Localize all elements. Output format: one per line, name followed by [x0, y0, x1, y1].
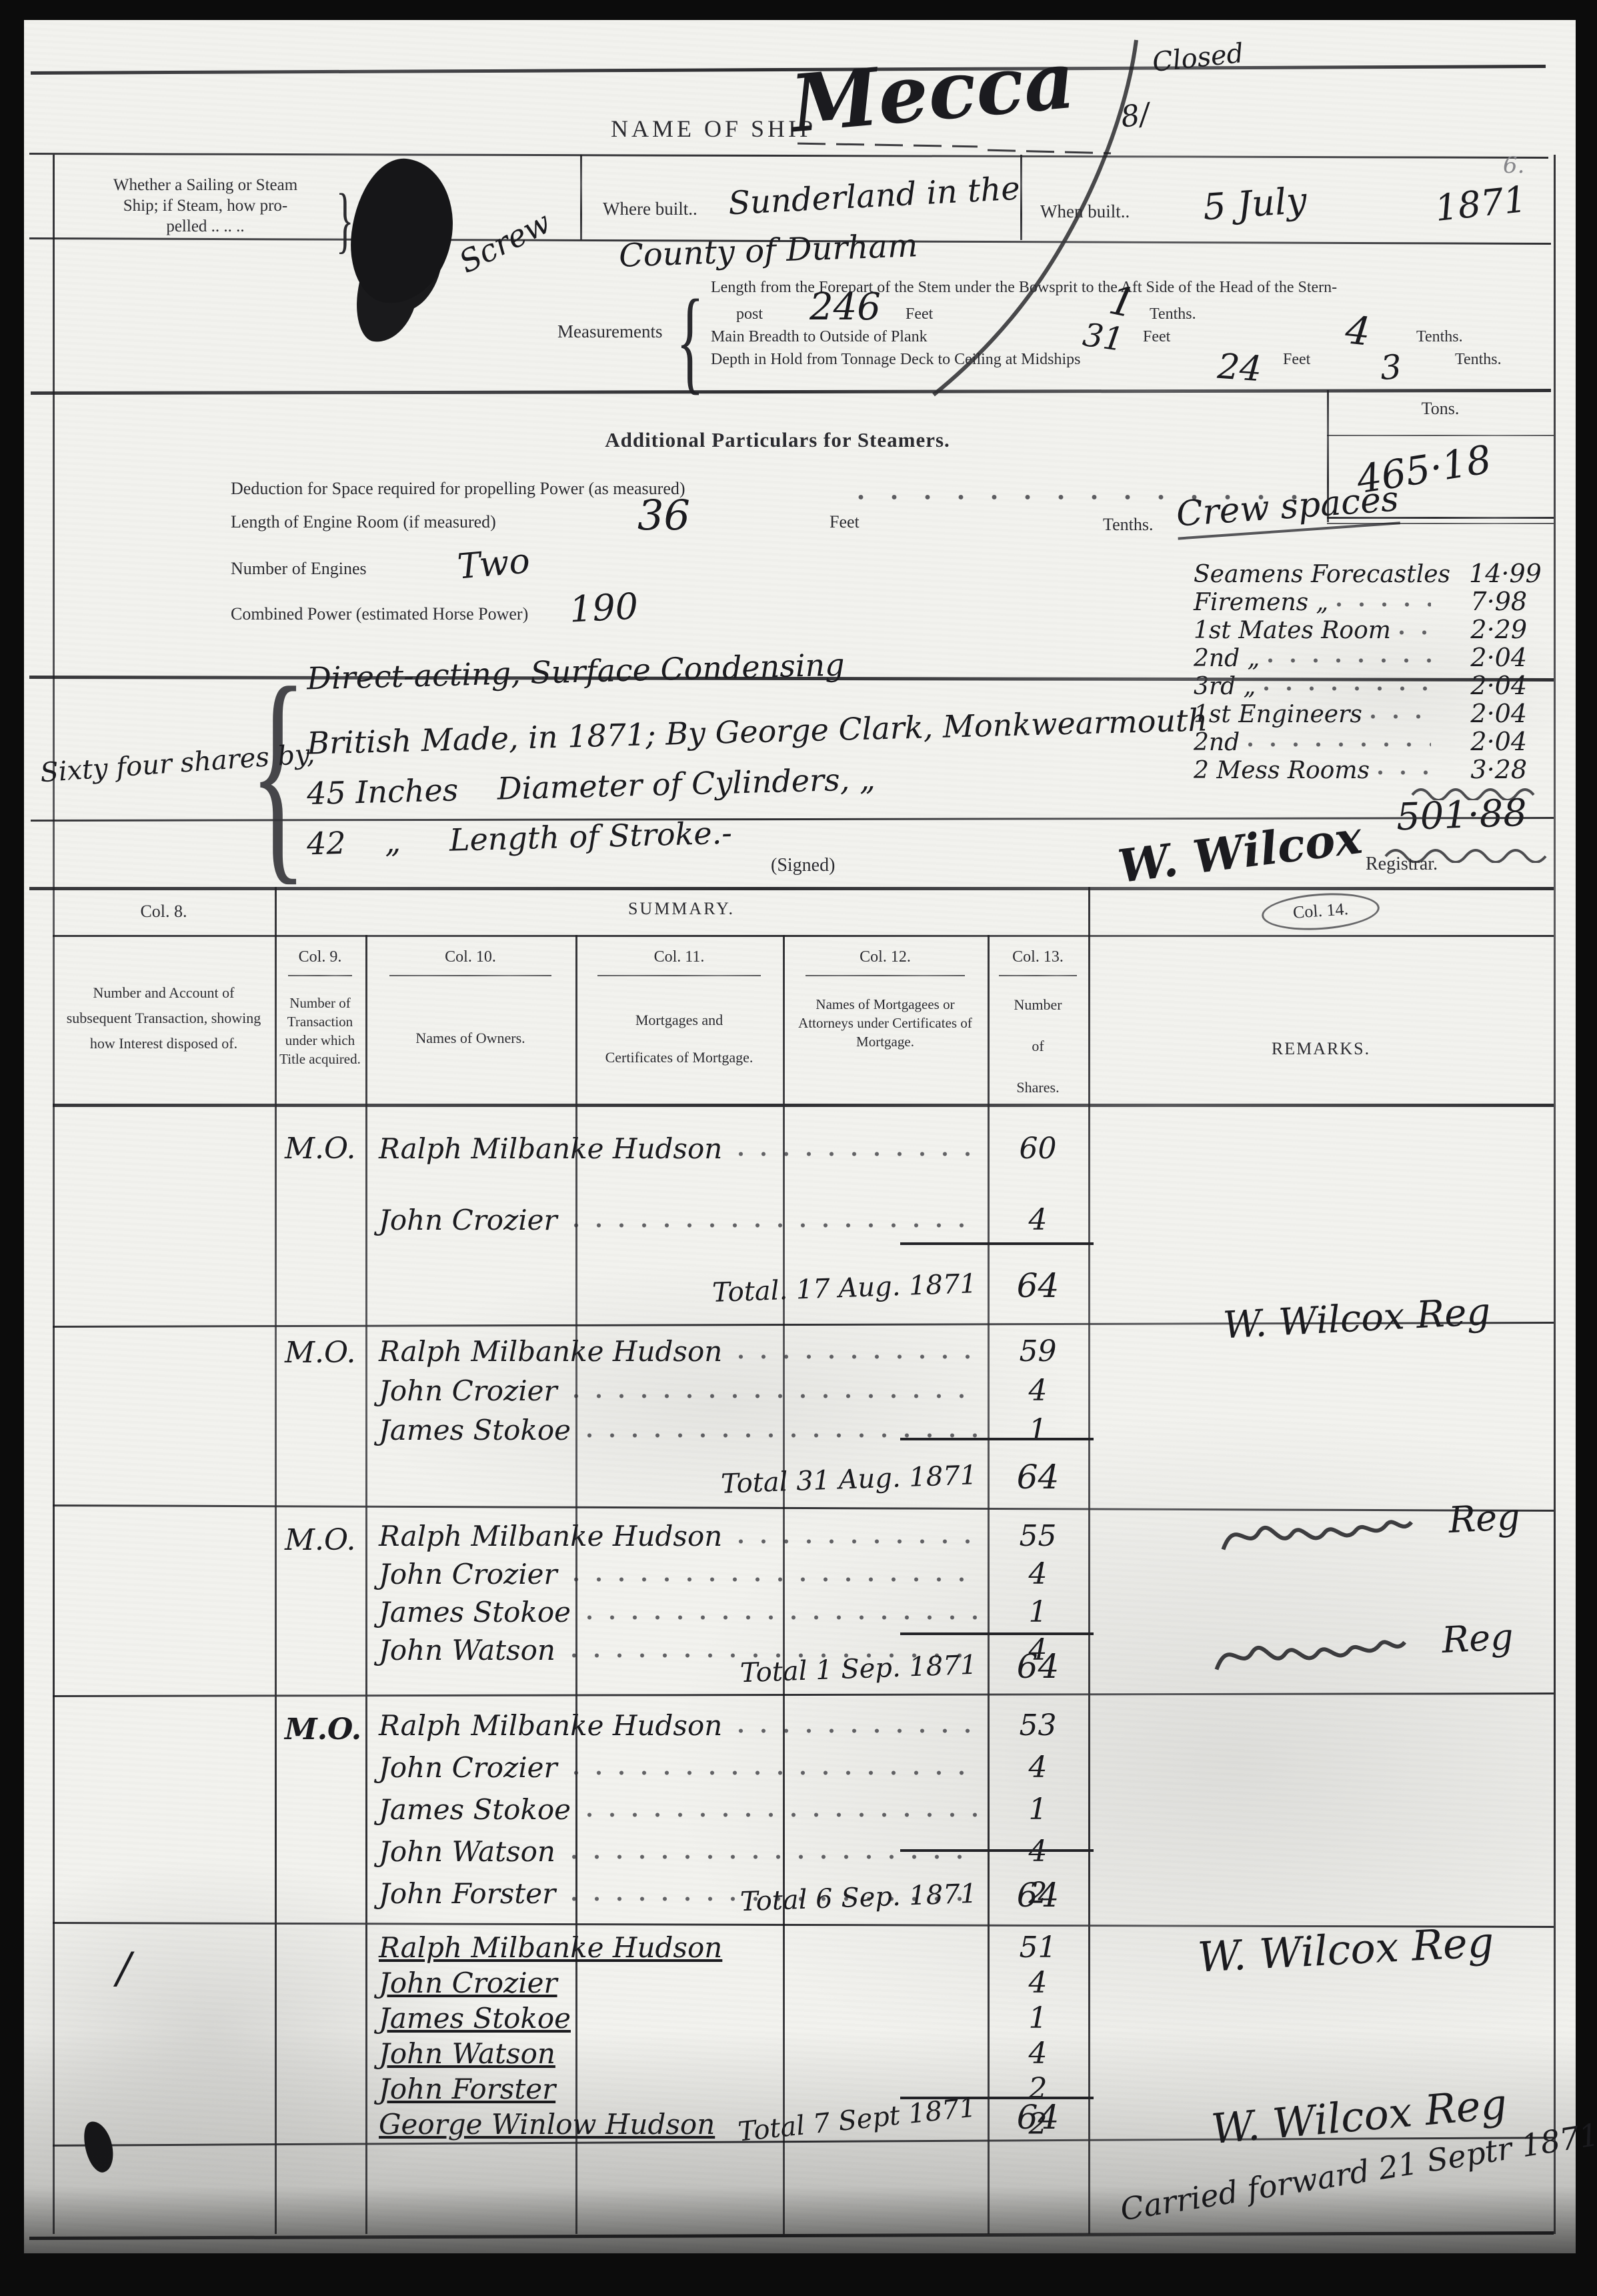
total-line: Total 7 Sept 1871 64	[737, 2098, 1088, 2137]
col11-description: Mortgages and Certificates of Mortgage.	[582, 1002, 776, 1076]
propelled-label-line1: Whether a Sailing or Steam	[113, 176, 297, 194]
depth-label: Depth in Hold from Tonnage Deck to Ceili…	[711, 351, 1080, 369]
crew-space-label: 1st Engineers	[1194, 701, 1362, 728]
tenths-label: Tenths.	[1416, 328, 1463, 346]
engine-note: British Made, in 1871; By George Clark, …	[307, 702, 1208, 761]
owner-line: James Stokoe1	[379, 1595, 1088, 1629]
crew-space-item: 2nd2·04	[1194, 727, 1527, 756]
total-line: Total. 17 Aug. 1871 64	[712, 1266, 1088, 1305]
transaction-row: M.O. Ralph Milbanke Hudson60 John Crozie…	[53, 1104, 1554, 1324]
signed-label: (Signed)	[771, 855, 835, 876]
owners-list: Ralph Milbanke Hudson55 John Crozier4 Ja…	[379, 1519, 1088, 1667]
divider-line	[29, 153, 1548, 159]
total-label: Total 1 Sep. 1871	[739, 1650, 978, 1688]
dotted-leader	[571, 2092, 977, 2097]
owner-line: James Stokoe1	[379, 1793, 1088, 1827]
total-label: Total 31 Aug. 1871	[720, 1460, 978, 1499]
total-shares: 64	[988, 1876, 1088, 1915]
total-line: Total 1 Sep. 1871 64	[740, 1647, 1088, 1686]
tenths-label: Tenths.	[1455, 351, 1502, 369]
owner-shares: 1	[988, 1413, 1088, 1447]
owner-shares: 4	[988, 1966, 1088, 2000]
dotted-leader	[738, 1539, 977, 1544]
dotted-leader	[571, 1855, 977, 1859]
summary-header-label: SUMMARY.	[275, 899, 1088, 919]
owner-shares: 4	[988, 1751, 1088, 1785]
shares-sum-rule	[900, 1242, 1094, 1245]
owner-line: John Crozier4	[379, 1751, 1088, 1785]
col8-description: Number and Account of subsequent Transac…	[66, 980, 261, 1056]
num-engines-value: Two	[456, 541, 531, 587]
owner-name: John Crozier	[379, 1558, 565, 1590]
crew-space-label: 2 Mess Rooms	[1194, 757, 1370, 784]
transaction-code: M.O.	[285, 1523, 356, 1557]
owner-name: James Stokoe	[379, 1596, 579, 1628]
owner-line: Ralph Milbanke Hudson51	[379, 1931, 1088, 1965]
breadth-label: Main Breadth to Outside of Plank	[711, 328, 928, 346]
registrar-label: Registrar.	[1366, 854, 1438, 875]
owner-name: Ralph Milbanke Hudson	[379, 1931, 730, 1964]
feet-label: Feet	[1283, 351, 1310, 369]
remark-signature-illegible: Reg	[1209, 1612, 1515, 1682]
measurements-label: Measurements	[557, 321, 662, 342]
owner-line: John Crozier4	[379, 1374, 1088, 1408]
col10-description: Names of Owners.	[372, 1028, 569, 1048]
shares-sum-rule	[900, 1632, 1094, 1635]
col9-header-label: Col. 9.	[275, 948, 365, 966]
shares-sum-rule	[900, 1849, 1094, 1852]
crew-space-value: 2·04	[1442, 699, 1527, 728]
owner-line: James Stokoe1	[379, 1413, 1088, 1447]
dotted-leader	[587, 1813, 977, 1817]
col13-header-label: Col. 13.	[988, 948, 1088, 966]
total-label: Total 6 Sep. 1871	[739, 1879, 978, 1917]
dotted-leader	[573, 1394, 977, 1398]
col10-header-label: Col. 10.	[365, 948, 575, 966]
where-built-label: Where built..	[603, 199, 697, 219]
total-shares: 64	[988, 1458, 1088, 1496]
crew-space-item: 1st Engineers2·04	[1194, 699, 1527, 728]
illegible-signature-scribble	[1209, 1617, 1432, 1682]
crew-space-item: 3rd „2·04	[1194, 671, 1527, 700]
crew-space-value: 2·04	[1442, 671, 1527, 700]
brace-glyph: {	[676, 273, 704, 407]
owner-line: John Crozier4	[379, 1966, 1088, 2000]
transaction-row: M.O. Ralph Milbanke Hudson53 John Crozie…	[53, 1694, 1554, 1924]
divider-line	[999, 975, 1077, 976]
feet-label: Feet	[906, 305, 933, 323]
dotted-leader	[587, 2021, 977, 2026]
owner-shares: 59	[988, 1334, 1088, 1368]
dotted-leader	[573, 1771, 977, 1775]
table-bottom-rule	[29, 2231, 1554, 2240]
owner-name: Ralph Milbanke Hudson	[379, 1709, 730, 1742]
owner-shares: 1	[988, 1595, 1088, 1629]
owner-line: James Stokoe1	[379, 2001, 1088, 2035]
crew-space-item: Seamens Forecastles14·99	[1194, 559, 1527, 588]
owner-shares: 51	[988, 1931, 1088, 1965]
owner-name: John Crozier	[379, 1204, 565, 1236]
owner-name: John Watson	[379, 1634, 563, 1666]
transaction-row: M.O. Ralph Milbanke Hudson59 John Crozie…	[53, 1324, 1554, 1507]
crew-space-item: 1st Mates Room2·29	[1194, 615, 1527, 644]
divider-line	[1020, 155, 1022, 240]
when-built-day-month: 5 July	[1202, 179, 1308, 229]
transaction-code: M.O.	[285, 1336, 356, 1370]
crew-space-label: 2nd „	[1194, 645, 1260, 672]
feet-label: Feet	[830, 512, 860, 532]
crew-space-item: Firemens „7·98	[1194, 587, 1527, 616]
dotted-leader	[738, 1152, 977, 1156]
owner-line: John Watson4	[379, 2037, 1088, 2071]
col12-description: Names of Mortgagees or Attorneys under C…	[789, 995, 981, 1051]
propelled-label: Whether a Sailing or Steam Ship; if Stea…	[72, 175, 339, 237]
crew-space-item: 2 Mess Rooms3·28	[1194, 755, 1527, 784]
crew-space-label: 1st Mates Room	[1194, 617, 1391, 644]
owner-name: John Forster	[379, 2073, 563, 2105]
divider-line	[31, 389, 1551, 395]
dotted-leader	[1264, 686, 1431, 691]
divider-line	[580, 155, 582, 240]
crew-space-value: 2·04	[1442, 643, 1527, 672]
corner-pencil-mark: 6.	[1503, 152, 1524, 179]
scanned-register-page: Closed 6. NAME OF SHIP Mecca 8/ Whether …	[0, 0, 1597, 2296]
owner-shares: 1	[988, 1793, 1088, 1827]
col11-header-label: Col. 11.	[575, 948, 783, 966]
dotted-leader	[573, 1577, 977, 1582]
col13-description-line1: Number	[1014, 996, 1062, 1013]
combined-power-value: 190	[568, 585, 639, 630]
total-shares: 64	[988, 1647, 1088, 1686]
crew-space-value: 2·04	[1442, 727, 1527, 756]
register-form-page: Closed 6. NAME OF SHIP Mecca 8/ Whether …	[24, 20, 1576, 2253]
num-engines-label: Number of Engines	[231, 559, 367, 579]
crew-space-total-value: 501·88	[1396, 792, 1528, 840]
dotted-leader	[573, 1986, 977, 1991]
owner-name: Ralph Milbanke Hudson	[379, 1132, 730, 1165]
feet-label: Feet	[1143, 328, 1170, 346]
dotted-leader	[738, 1354, 977, 1359]
owner-name: John Watson	[379, 2037, 563, 2070]
tenths-label: Tenths.	[1103, 515, 1153, 535]
propelled-label-line2: Ship; if Steam, how pro-	[123, 197, 288, 215]
engine-note: 42 „ Length of Stroke.-	[306, 815, 732, 862]
dotted-leader	[1336, 602, 1431, 607]
additional-particulars-title: Additional Particulars for Steamers.	[544, 428, 1011, 452]
col11-description-line1: Mortgages and	[635, 1012, 723, 1028]
crew-space-label: Seamens Forecastles	[1194, 561, 1450, 588]
divider-line	[597, 975, 761, 976]
owner-shares: 4	[988, 1203, 1088, 1237]
dotted-leader	[1248, 742, 1431, 747]
col11-description-line2: Certificates of Mortgage.	[605, 1049, 753, 1066]
divider-line	[1327, 435, 1554, 436]
col13-description: Number of Shares.	[991, 984, 1085, 1108]
owners-list: Ralph Milbanke Hudson60 John Crozier4	[379, 1132, 1088, 1237]
owner-name: John Crozier	[379, 1967, 565, 1999]
owner-shares: 4	[988, 2037, 1088, 2071]
owner-line: Ralph Milbanke Hudson59	[379, 1334, 1088, 1368]
owner-line: Ralph Milbanke Hudson60	[379, 1132, 1088, 1166]
owner-name: James Stokoe	[379, 1414, 579, 1446]
total-shares: 64	[988, 1266, 1088, 1305]
breadth-feet-value: 31	[1080, 316, 1126, 359]
owner-name: John Crozier	[379, 1751, 565, 1784]
owner-shares: 1	[988, 2001, 1088, 2035]
registrar-signature: W. Wilcox	[1115, 811, 1364, 894]
owner-name: John Crozier	[379, 1374, 565, 1407]
owners-list: Ralph Milbanke Hudson59 John Crozier4 Ja…	[379, 1334, 1088, 1447]
when-built-year: 1871	[1433, 178, 1528, 229]
transaction-code: M.O.	[285, 1712, 361, 1747]
owner-line: Ralph Milbanke Hudson55	[379, 1519, 1088, 1553]
owner-line: John Crozier4	[379, 1557, 1088, 1591]
combined-power-label: Combined Power (estimated Horse Power)	[231, 604, 528, 624]
owner-name: James Stokoe	[379, 2002, 579, 2035]
breadth-tenths-value: 4	[1344, 307, 1373, 354]
col13-description-line3: Shares.	[1016, 1079, 1059, 1096]
divider-line	[389, 975, 551, 976]
dotted-leader	[1268, 658, 1431, 663]
name-of-ship-label: NAME OF SHIP	[611, 115, 816, 143]
owner-line: John Crozier4	[379, 1203, 1088, 1237]
dotted-leader	[587, 1615, 977, 1620]
length-label-line2: post	[736, 305, 763, 323]
total-line: Total 31 Aug. 1871 64	[721, 1458, 1088, 1496]
length-feet-value: 246	[810, 285, 881, 329]
transaction-code: M.O.	[285, 1132, 356, 1166]
owner-shares: 4	[988, 1557, 1088, 1591]
transaction-row: / Ralph Milbanke Hudson51 John Crozier4 …	[53, 1924, 1554, 2141]
dotted-leader	[571, 2057, 977, 2061]
owner-name: John Watson	[379, 1835, 563, 1868]
when-built-label: When built..	[1040, 201, 1130, 222]
divider-line	[53, 935, 1554, 937]
crew-space-value: 2·29	[1442, 615, 1527, 644]
owner-line: Ralph Milbanke Hudson53	[379, 1708, 1088, 1743]
col8-header-label: Col. 8.	[53, 902, 275, 922]
crew-space-value: 3·28	[1442, 755, 1527, 784]
engine-note: Direct-acting, Surface Condensing	[306, 646, 845, 696]
divider-line	[288, 975, 352, 976]
dotted-leader	[1370, 714, 1431, 719]
owner-name: John Forster	[379, 1877, 563, 1910]
owner-name: George Winlow Hudson	[379, 2108, 723, 2141]
page-frame-right	[1554, 155, 1556, 2234]
depth-feet-value: 24	[1216, 347, 1263, 389]
owner-shares: 55	[988, 1519, 1088, 1553]
crew-space-label: Firemens „	[1194, 589, 1328, 616]
crew-space-value: 7·98	[1442, 587, 1527, 616]
shares-sum-rule	[900, 1438, 1094, 1440]
table-top-rule	[29, 887, 1554, 890]
total-label: Total. 17 Aug. 1871	[711, 1268, 977, 1308]
propelled-value: Screw	[453, 204, 556, 280]
col12-header-label: Col. 12.	[783, 948, 988, 966]
dotted-leader	[1378, 770, 1431, 775]
total-shares: 64	[988, 2098, 1088, 2137]
owner-shares: 4	[988, 1374, 1088, 1408]
dotted-leader	[573, 1223, 977, 1228]
divider-line	[806, 975, 965, 976]
tons-column-label: Tons.	[1327, 399, 1554, 419]
owner-shares: 60	[988, 1132, 1088, 1166]
owner-name: Ralph Milbanke Hudson	[379, 1520, 730, 1552]
remarks-header-label: REMARKS.	[1088, 1039, 1554, 1059]
engine-room-feet-value: 36	[637, 491, 690, 539]
dotted-leader	[1399, 630, 1431, 635]
col14-oval-annotation: Col. 14.	[1261, 890, 1381, 934]
crew-space-value: 14·99	[1469, 559, 1542, 588]
dotted-leader	[738, 1729, 977, 1733]
col8-mark: /	[117, 1944, 131, 1993]
propelled-label-line3: pelled .. .. ..	[166, 217, 244, 235]
owner-name: Ralph Milbanke Hudson	[379, 1335, 730, 1368]
col13-description-line2: of	[1032, 1038, 1044, 1054]
engine-room-label: Length of Engine Room (if measured)	[231, 512, 496, 532]
remark-signature-suffix: Reg	[1441, 1616, 1514, 1662]
dotted-leader	[587, 1433, 977, 1438]
col9-description: Number of Transaction under which Title …	[278, 994, 362, 1068]
transaction-row: M.O. Ralph Milbanke Hudson55 John Crozie…	[53, 1507, 1554, 1694]
tenths-label: Tenths.	[1150, 305, 1196, 323]
owner-shares: 53	[988, 1708, 1088, 1743]
crew-spaces-title: Crew spaces	[1175, 479, 1400, 539]
dotted-leader	[738, 1951, 977, 1955]
depth-tenths-value: 3	[1379, 347, 1403, 387]
deduction-label: Deduction for Space required for propell…	[231, 479, 685, 499]
engine-note: 45 Inches Diameter of Cylinders, „	[306, 761, 876, 812]
closed-annotation: Closed	[1151, 38, 1245, 78]
crew-space-item: 2nd „2·04	[1194, 643, 1527, 672]
owner-name: James Stokoe	[379, 1793, 579, 1826]
where-built-value-line2: County of Durham	[618, 227, 918, 275]
ink-blot	[343, 153, 460, 310]
total-line: Total 6 Sep. 1871 64	[740, 1876, 1088, 1915]
col14-header-label: Col. 14.	[1088, 894, 1554, 930]
